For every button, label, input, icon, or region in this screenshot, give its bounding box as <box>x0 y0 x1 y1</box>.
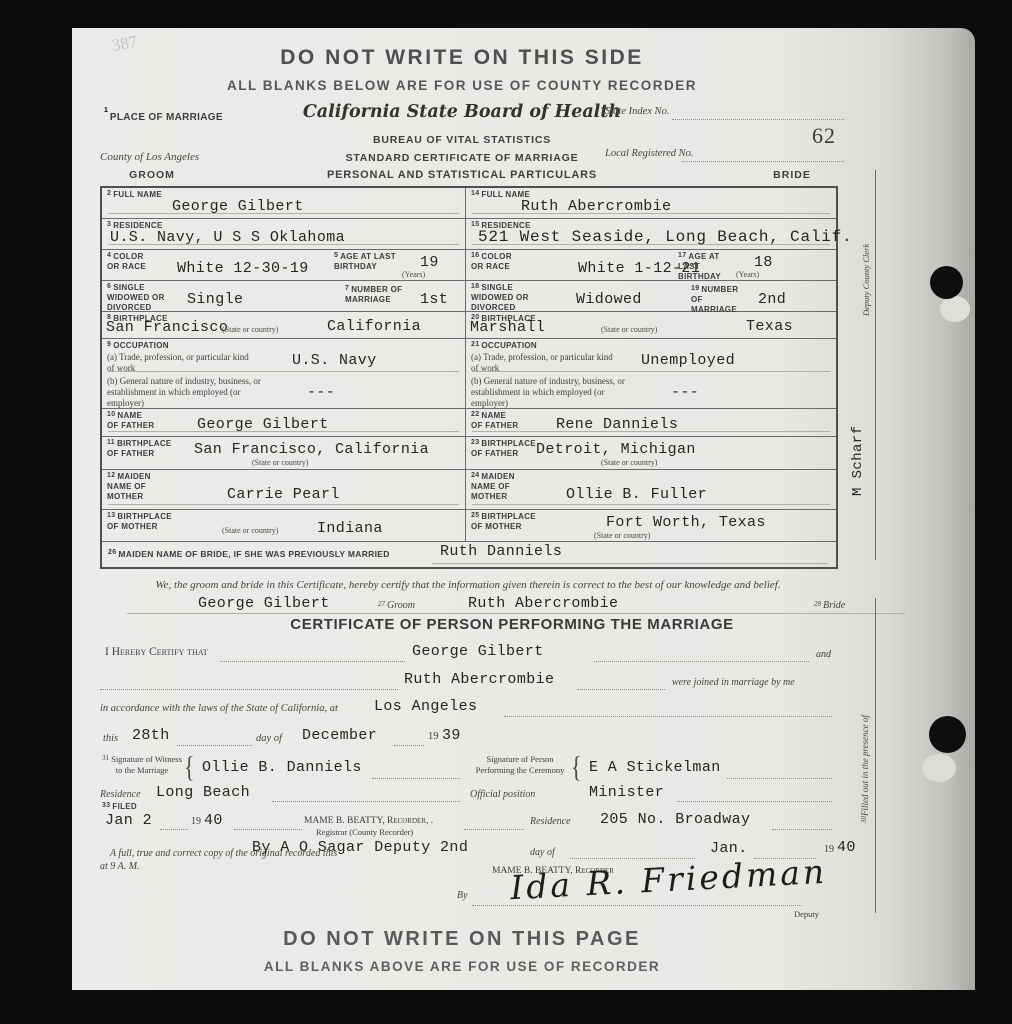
particulars-table: 2FULL NAME George Gilbert 3RESIDENCE U.S… <box>100 186 838 569</box>
day-of-label: day of <box>256 733 282 744</box>
field-sub: (State or country) <box>222 325 278 334</box>
leader-line <box>504 716 832 717</box>
field-num: 6 <box>107 283 111 290</box>
hereby-label: I Hereby Certify that <box>105 646 208 658</box>
field-num: 5 <box>334 252 338 259</box>
groom-residence-cell: 3RESIDENCE U.S. Navy, U S S Oklahoma <box>102 219 465 250</box>
baseline-rule <box>108 371 459 372</box>
leader-line <box>727 778 832 779</box>
field-label: 5AGE AT LAST BIRTHDAY <box>334 252 396 272</box>
filled-out-text: Filled out in the presence of <box>860 715 870 816</box>
field-label: 16COLOR OR RACE <box>471 252 513 272</box>
field-num: 9 <box>107 341 111 348</box>
bride-tag-num: 28 <box>814 600 821 608</box>
field-num: 14 <box>471 190 479 197</box>
signature-rule <box>127 613 905 614</box>
local-reg-line <box>682 161 844 162</box>
cert-statement: We, the groom and bride in this Certific… <box>112 579 824 591</box>
groom-column: 2FULL NAME George Gilbert 3RESIDENCE U.S… <box>102 188 466 542</box>
field-label-text: FULL NAME <box>113 190 162 199</box>
field-label-text: AGE AT LAST BIRTHDAY <box>334 252 396 271</box>
occupation-a-value: U.S. Navy <box>292 352 377 369</box>
bride-full-name-cell: 14FULL NAME Ruth Abercrombie <box>466 188 836 219</box>
scanned-marriage-certificate: { "header": { "pencil_mark": "387", "war… <box>0 0 1012 1024</box>
certificate-line: STANDARD CERTIFICATE OF MARRIAGE <box>262 152 662 164</box>
bride-residence-cell: 15RESIDENCE 521 West Seaside, Long Beach… <box>466 219 836 250</box>
field-value: Carrie Pearl <box>227 486 340 503</box>
field-label: 26MAIDEN NAME OF BRIDE, IF SHE WAS PREVI… <box>108 549 390 560</box>
bride-father-bp-cell: 23BIRTHPLACE OF FATHER Detroit, Michigan… <box>466 437 836 470</box>
occupation-b-label: (b) General nature of industry, business… <box>107 376 267 408</box>
field-label: 23BIRTHPLACE OF FATHER <box>471 439 527 459</box>
field-label: 2FULL NAME <box>107 190 162 200</box>
particulars-header: PERSONAL AND STATISTICAL PARTICULARS <box>262 169 662 181</box>
bride-father-cell: 22NAME OF FATHER Rene Danniels <box>466 409 836 437</box>
field-label-text: BIRTHPLACE OF MOTHER <box>107 512 172 531</box>
field-value: 18 <box>754 254 773 271</box>
field-label-text: NUMBER OF MARRIAGE <box>345 285 402 304</box>
field-unit: (Years) <box>402 270 425 279</box>
groom-mother-cell: 12MAIDEN NAME OF MOTHER Carrie Pearl <box>102 470 465 510</box>
year-prefix: 19 <box>428 731 439 742</box>
performer-label: Signature of Person Performing the Cerem… <box>470 754 570 775</box>
field-label-text: SINGLE WIDOWED OR DIVORCED <box>471 283 529 312</box>
bride-col-header: BRIDE <box>762 169 822 181</box>
registrar-label: Registrar (County Recorder) <box>316 827 413 837</box>
margin-rule <box>875 170 876 560</box>
groom-father-cell: 10NAME OF FATHER George Gilbert <box>102 409 465 437</box>
bride-column: 14FULL NAME Ruth Abercrombie 15RESIDENCE… <box>466 188 836 542</box>
field-label: 4COLOR OR RACE <box>107 252 149 272</box>
clerk-signature: M Scharf <box>850 376 866 496</box>
performer-signature: E A Stickelman <box>589 759 721 776</box>
field-label: 6SINGLE WIDOWED OR DIVORCED <box>107 283 169 313</box>
residence-label: Residence <box>100 789 141 800</box>
leader-line <box>220 661 405 662</box>
board-title: California State Board of Health <box>303 102 621 122</box>
bride-mother-cell: 24MAIDEN NAME OF MOTHER Ollie B. Fuller <box>466 470 836 510</box>
groom-marital-cell: 6SINGLE WIDOWED OR DIVORCED Single 7NUMB… <box>102 281 465 312</box>
bride-color-age-cell: 16COLOR OR RACE White 1-12-21 17AGE AT L… <box>466 250 836 281</box>
field-label: 24MAIDEN NAME OF MOTHER <box>471 472 519 502</box>
groom-birthplace-cell: 8BIRTHPLACE San Francisco (State or coun… <box>102 312 465 339</box>
field-value: Ruth Danniels <box>440 543 562 560</box>
field-value: Marshall <box>470 319 545 336</box>
field-num: 12 <box>107 472 115 479</box>
marriage-month: December <box>302 727 377 744</box>
bride-tag-text: Bride <box>823 600 845 611</box>
bride-occupation-cell: 21OCCUPATION (a) Trade, profession, or p… <box>466 339 836 409</box>
marriage-year: 39 <box>442 727 461 744</box>
bride-marital-cell: 18SINGLE WIDOWED OR DIVORCED Widowed 19N… <box>466 281 836 312</box>
field-label: 11BIRTHPLACE OF FATHER <box>107 439 163 459</box>
field-value: Ruth Abercrombie <box>521 198 671 215</box>
bureau-line: BUREAU OF VITAL STATISTICS <box>262 134 662 146</box>
bride-birthplace-cell: 20BIRTHPLACE Marshall (State or country)… <box>466 312 836 339</box>
field-value: Widowed <box>576 291 642 308</box>
bride-mother-bp-cell: 25BIRTHPLACE OF MOTHER Fort Worth, Texas… <box>466 510 836 542</box>
field-label-text: MAIDEN NAME OF BRIDE, IF SHE WAS PREVIOU… <box>118 549 389 559</box>
field-label-text: OCCUPATION <box>481 341 537 350</box>
witness-label: 31Signature of Witness to the Marriage <box>100 754 184 775</box>
field-num: 24 <box>471 472 479 479</box>
performer-position: Minister <box>589 784 664 801</box>
field-value: Detroit, Michigan <box>536 441 696 458</box>
top-warning-sub: ALL BLANKS BELOW ARE FOR USE OF COUNTY R… <box>162 78 762 93</box>
occupation-b-label: (b) General nature of industry, business… <box>471 376 631 408</box>
field-num: 17 <box>678 252 686 259</box>
marriage-day: 28th <box>132 727 170 744</box>
field-value: Fort Worth, Texas <box>606 514 766 531</box>
field-value: U.S. Navy, U S S Oklahoma <box>110 229 345 246</box>
field-value: San Francisco <box>106 319 228 336</box>
county-line: County of Los Angeles <box>100 151 199 163</box>
field-label: 19NUMBER OF MARRIAGE <box>691 285 751 315</box>
punch-hole <box>929 716 966 753</box>
field-label: 21OCCUPATION <box>471 341 537 351</box>
pencil-mark: 387 <box>110 32 139 56</box>
field-num: 7 <box>345 285 349 292</box>
baseline-rule <box>432 563 828 564</box>
field-num: 25 <box>471 512 479 519</box>
field-label-text: OCCUPATION <box>113 341 169 350</box>
certificate-page: 387 DO NOT WRITE ON THIS SIDE ALL BLANKS… <box>72 28 975 990</box>
place-of-marriage-label: 1PLACE OF MARRIAGE <box>104 107 223 125</box>
leader-line <box>160 829 188 830</box>
filled-out-num: 30 <box>860 816 868 823</box>
field-label-text: COLOR OR RACE <box>107 252 146 271</box>
filed-num: 33 <box>102 802 110 809</box>
field-num: 4 <box>107 252 111 259</box>
baseline-rule <box>472 504 830 505</box>
field-num: 3 <box>107 221 111 228</box>
groom-occupation-cell: 9OCCUPATION (a) Trade, profession, or pa… <box>102 339 465 409</box>
filed-time: at 9 A. M. <box>100 861 140 872</box>
field-value: Single <box>187 291 243 308</box>
copy-month: Jan. <box>710 840 748 857</box>
bride-signature: Ruth Abercrombie <box>468 595 618 612</box>
copy-overlay: By A O Sagar Deputy 2nd <box>252 839 468 856</box>
field-label-text: BIRTHPLACE OF MOTHER <box>471 512 536 531</box>
recorder-residence-label: Residence <box>530 816 571 827</box>
field-label-text: SINGLE WIDOWED OR DIVORCED <box>107 283 165 312</box>
field-num: 10 <box>107 411 115 418</box>
marriage-place: Los Angeles <box>374 698 477 715</box>
leader-line <box>177 745 252 746</box>
field-sub: (State or country) <box>601 325 657 334</box>
groom-tag-text: Groom <box>387 600 415 611</box>
field-value: 521 West Seaside, Long Beach, Calif. <box>478 228 852 246</box>
field-value: San Francisco, California <box>194 441 429 458</box>
filed-label: 33FILED <box>102 802 137 812</box>
joined-label: were joined in marriage by me <box>672 677 795 688</box>
leader-line <box>464 829 524 830</box>
groom-signature: George Gilbert <box>198 595 330 612</box>
field-num: 21 <box>471 341 479 348</box>
and-label: and <box>816 649 831 660</box>
groom-tag: 27Groom <box>378 600 415 611</box>
leader-line <box>100 689 398 690</box>
leader-line <box>772 829 832 830</box>
field-num: 2 <box>107 190 111 197</box>
top-warning: DO NOT WRITE ON THIS SIDE <box>162 46 762 70</box>
field-label: 17AGE AT LAST BIRTHDAY <box>678 252 740 282</box>
index-number: 62 <box>812 123 836 149</box>
brace-glyph: { <box>571 749 582 784</box>
field-num: 16 <box>471 252 479 259</box>
field-label: 13BIRTHPLACE OF MOTHER <box>107 512 163 532</box>
filed-label-text: FILED <box>112 802 137 811</box>
field-num: 15 <box>471 221 479 228</box>
field-label-text: BIRTHPLACE OF FATHER <box>471 439 536 458</box>
field-value: 1st <box>420 291 448 308</box>
field-num: 11 <box>107 439 115 446</box>
field-label: 9OCCUPATION <box>107 341 169 351</box>
filed-year-prefix: 19 <box>191 816 201 827</box>
field-num: 19 <box>691 285 699 292</box>
punch-hole-ghost <box>922 754 956 782</box>
bride-tag: 28Bride <box>814 600 845 611</box>
bottom-warning: DO NOT WRITE ON THIS PAGE <box>162 928 762 951</box>
groom-col-header: GROOM <box>112 169 192 181</box>
witness-num: 31 <box>102 754 109 762</box>
field-label: 25BIRTHPLACE OF MOTHER <box>471 512 527 532</box>
groom-mother-bp-cell: 13BIRTHPLACE OF MOTHER (State or country… <box>102 510 465 542</box>
groom-full-name-cell: 2FULL NAME George Gilbert <box>102 188 465 219</box>
groom-tag-num: 27 <box>378 600 385 608</box>
deputy-county-clerk-label: Deputy County Clerk <box>861 196 871 316</box>
witness-label-text: Signature of Witness to the Marriage <box>111 754 182 775</box>
cert-title: CERTIFICATE OF PERSON PERFORMING THE MAR… <box>232 616 792 633</box>
field-sub: (State or country) <box>594 531 650 540</box>
official-position-label: Official position <box>470 789 535 800</box>
field-label: 12MAIDEN NAME OF MOTHER <box>107 472 155 502</box>
filled-out-label: 30Filled out in the presence of <box>860 673 870 823</box>
witness-signature: Ollie B. Danniels <box>202 759 362 776</box>
ceremony-name2: Ruth Abercrombie <box>404 671 554 688</box>
field-num: 23 <box>471 439 479 446</box>
field-value: 19 <box>420 254 439 271</box>
field-value: 2nd <box>758 291 786 308</box>
leader-line <box>272 801 460 802</box>
field-value: George Gilbert <box>172 198 304 215</box>
groom-father-bp-cell: 11BIRTHPLACE OF FATHER San Francisco, Ca… <box>102 437 465 470</box>
leader-line <box>594 661 809 662</box>
field-value: White 12-30-19 <box>177 260 309 277</box>
by-label: By <box>457 890 468 901</box>
field-num: 18 <box>471 283 479 290</box>
punch-hole <box>930 266 963 299</box>
deputy-signature: Ida R. Friedman <box>509 852 828 908</box>
maiden-name-row: 26MAIDEN NAME OF BRIDE, IF SHE WAS PREVI… <box>102 542 836 567</box>
groom-color-age-cell: 4COLOR OR RACE White 12-30-19 5AGE AT LA… <box>102 250 465 281</box>
field-unit: (Years) <box>736 270 759 279</box>
field-value: George Gilbert <box>197 416 329 433</box>
recorder-residence: 205 No. Broadway <box>600 811 750 828</box>
occupation-b-value: --- <box>671 384 699 401</box>
field-sub: (State or country) <box>252 458 308 467</box>
leader-line <box>577 689 665 690</box>
field-sub: (State or country) <box>601 458 657 467</box>
occupation-b-value: --- <box>307 384 335 401</box>
local-reg-label: Local Registered No. <box>605 148 694 159</box>
field-num: 26 <box>108 549 116 556</box>
leader-line <box>394 745 424 746</box>
recorder-name: MAME B. BEATTY, Recorder, . <box>304 816 433 826</box>
field-value: Indiana <box>317 520 383 537</box>
field-num: 13 <box>107 512 115 519</box>
copy-year: 40 <box>837 839 856 856</box>
field-value2: California <box>327 318 421 335</box>
occupation-a-value: Unemployed <box>641 352 735 369</box>
ceremony-name1: George Gilbert <box>412 643 544 660</box>
leader-line <box>677 801 832 802</box>
place-num: 1 <box>104 107 108 114</box>
field-label: 7NUMBER OF MARRIAGE <box>345 285 405 305</box>
state-index-label: State Index No. <box>605 106 669 117</box>
baseline-rule <box>472 371 830 372</box>
field-value2: Texas <box>746 318 793 335</box>
field-label: 18SINGLE WIDOWED OR DIVORCED <box>471 283 533 313</box>
this-label: this <box>103 733 118 744</box>
leader-line <box>372 778 460 779</box>
baseline-rule <box>108 504 459 505</box>
punch-hole-ghost <box>940 296 970 322</box>
bottom-warning-sub: ALL BLANKS ABOVE ARE FOR USE OF RECORDER <box>162 959 762 974</box>
deputy-label: Deputy <box>794 909 819 919</box>
margin-rule <box>875 598 876 913</box>
field-value: Ollie B. Fuller <box>566 486 707 503</box>
filed-date: Jan 2 <box>105 812 152 829</box>
field-label-text: BIRTHPLACE OF FATHER <box>107 439 172 458</box>
field-label: 22NAME OF FATHER <box>471 411 519 431</box>
field-value: Rene Danniels <box>556 416 678 433</box>
place-label-text: PLACE OF MARRIAGE <box>110 112 223 125</box>
leader-line <box>234 829 302 830</box>
filed-year: 40 <box>204 812 223 829</box>
copy-day-of-label: day of <box>530 847 555 858</box>
field-sub: (State or country) <box>222 526 278 535</box>
field-num: 22 <box>471 411 479 418</box>
state-index-line <box>672 119 844 120</box>
brace-glyph: { <box>184 749 195 784</box>
witness-residence: Long Beach <box>156 784 250 801</box>
field-label: 10NAME OF FATHER <box>107 411 155 431</box>
accordance-label: in accordance with the laws of the State… <box>100 703 338 714</box>
